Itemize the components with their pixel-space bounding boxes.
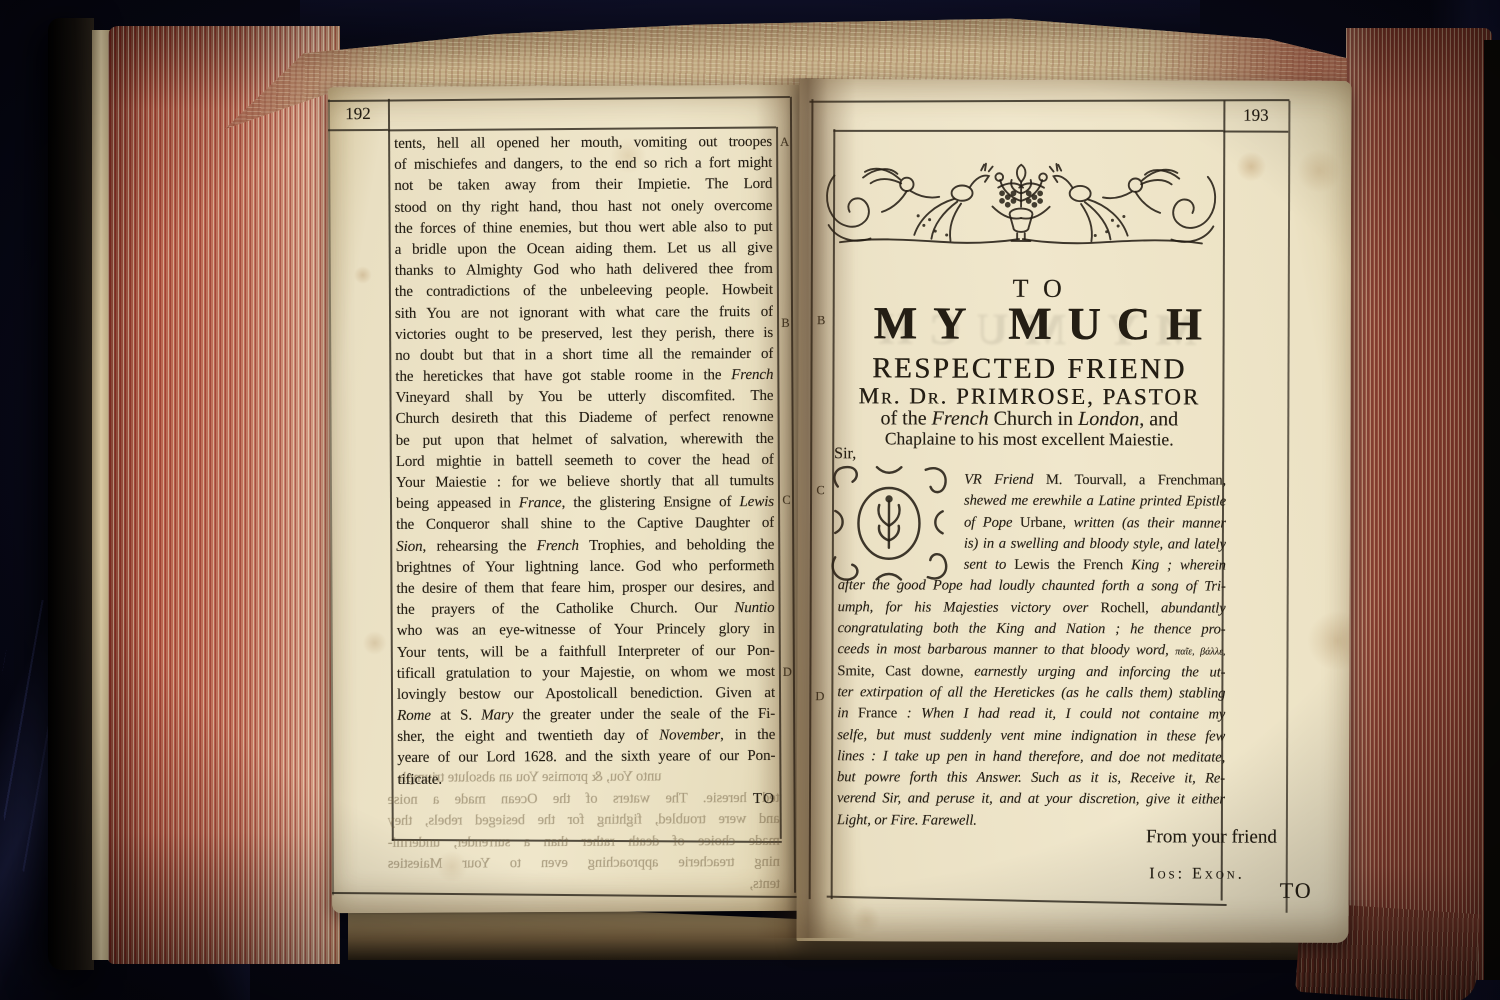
text-line: the heretickes that have got stable room… <box>395 365 773 388</box>
rule-top-outer <box>809 99 1289 102</box>
text-line: the forces of thine enemies, but thou we… <box>395 217 773 240</box>
right-page-body-text: VR Friend M. Tourvall, a Frenchman,shewe… <box>837 469 1226 832</box>
photograph-of-open-antique-book: 192 A B C D unto You, & promise You an a… <box>0 0 1500 1000</box>
text-line: tents, hell all opened her mouth, vomiti… <box>394 132 772 155</box>
text-line: Lord mightie in battell seemeth to cover… <box>396 450 774 473</box>
closing-line: From your friend <box>1146 826 1277 848</box>
page-number-left: 192 <box>328 104 388 124</box>
text-line: the prayers of the Catholike Church. Our… <box>397 598 775 621</box>
text-line: the contradictions of the unbeleeving pe… <box>395 280 773 303</box>
fore-edge-left-red <box>108 26 340 964</box>
margin-letter: D <box>812 689 827 704</box>
text-line: after the good Pope had loudly chaunted … <box>838 576 1226 599</box>
title-line-chaplaine: Chaplaine to his most excellent Maiestie… <box>834 428 1224 450</box>
rule-frame-left <box>388 99 393 841</box>
ghost-text-line: made choice of death rather than a surre… <box>388 830 780 854</box>
text-line: lines : I take up pen in hand therefore,… <box>837 746 1225 769</box>
text-line: sith You are not ignorant with what care… <box>395 301 773 324</box>
rule-frame-top <box>388 126 776 131</box>
text-line: a bridle upon the Ocean aiding them. Let… <box>395 238 773 261</box>
text-line: of Pope Urbane, written (as their manner <box>838 512 1226 535</box>
text-line: being appeased in France, the glistering… <box>396 492 774 515</box>
catchword-left: TO <box>398 791 776 810</box>
text-line: no doubt but that in a short time all th… <box>395 344 773 367</box>
rule-left-outer <box>809 99 813 899</box>
rule-pageno-box-bottom <box>328 129 388 131</box>
text-line: verend Sir, and peruse it, and at your d… <box>837 789 1225 812</box>
text-line: Rome at S. Mary the greater under the se… <box>397 704 775 727</box>
text-line: tificall gratulation to your Majestie, o… <box>397 662 775 685</box>
rule-frame-bottom <box>827 896 1227 907</box>
text-line: selfe, but must suddenly vent mine indig… <box>837 725 1225 748</box>
left-page: 192 A B C D unto You, & promise You an a… <box>328 85 804 913</box>
signature: Ios: Exon. <box>1149 865 1245 883</box>
text-line: congratulating both the King and Nation … <box>838 618 1226 641</box>
rule-frame-top <box>833 130 1223 132</box>
text-line: Your tents, will be a faithfull Interpre… <box>397 640 775 663</box>
text-line: brightnes of Your lightning lance. God w… <box>396 556 774 579</box>
text-line: Your Maiestie : for we believe shortly t… <box>396 471 774 494</box>
margin-letter: B <box>778 316 793 331</box>
text-line: who was an eye-witnesse of Your Princely… <box>397 619 775 642</box>
rule-right-outer <box>1286 101 1290 913</box>
title-line-respected: RESPECTED FRIEND <box>834 352 1224 386</box>
margin-letter: C <box>813 483 828 498</box>
text-line: is) in a swelling and bloody style, and … <box>838 533 1226 556</box>
text-line: in France : When I had read it, I could … <box>837 703 1225 726</box>
book-cover-right-board <box>1484 40 1500 980</box>
rule-frame-right <box>776 127 781 839</box>
text-line: be put upon that helmet of salvation, wh… <box>396 429 774 452</box>
margin-letter: A <box>777 135 792 150</box>
text-line: thanks to Almighty God who hath delivere… <box>395 259 773 282</box>
title-line-my-much: MY MUCH <box>835 296 1241 350</box>
text-line: lovingly bestow our Apostolicall benedic… <box>397 683 775 706</box>
text-line: not be taken away from their Impietie. T… <box>394 174 772 197</box>
margin-letter: B <box>814 313 829 328</box>
text-line: sher, the eight and twentieth day of Nov… <box>397 725 775 748</box>
margin-letter: D <box>780 665 795 680</box>
ghost-text-line: and were troubled, fighting for the besi… <box>388 809 780 833</box>
page-number-right: 193 <box>1223 106 1288 126</box>
text-line: victories ought to be preserved, lest th… <box>395 323 773 346</box>
text-line: the desire of them that feare him, prosp… <box>396 577 774 600</box>
headpiece-woodcut-ornament <box>821 157 1221 250</box>
text-line: Smite, Cast downe, earnestly urging and … <box>837 661 1225 684</box>
text-line: umph, for his Majesties victory over Roc… <box>838 597 1226 620</box>
text-line: shewed me erewhile a Latine printed Epis… <box>838 490 1226 513</box>
salutation: Sir, <box>834 445 856 463</box>
text-line: the Conqueror shall shine to the Captive… <box>396 513 774 536</box>
text-line: of mischiefes and dangers, to the end so… <box>394 153 772 176</box>
margin-letter: C <box>779 493 794 508</box>
text-line: Sion, rehearsing the French Trophies, an… <box>396 534 774 557</box>
catchword-right: TO <box>1280 878 1313 904</box>
right-page: 193 B C D <box>796 79 1351 943</box>
text-line: Church desireth that this Diademe of per… <box>396 407 774 430</box>
text-line: ter extirpation of all the Heretickes (a… <box>837 682 1225 705</box>
rule-top-outer <box>328 96 790 102</box>
text-line: Vineyard shall by You be utterly discomf… <box>395 386 773 409</box>
fore-edge-right-red <box>1346 28 1492 980</box>
text-line: stood on thy right hand, thou hast not o… <box>394 195 772 218</box>
ghost-text-line: ning treacherie approaching even to Your… <box>388 852 780 876</box>
text-line: VR Friend M. Tourvall, a Frenchman, <box>838 469 1226 492</box>
text-line: sent to Lewis the French King ; wherein <box>838 554 1226 577</box>
text-line: yeare of our Lord 1628. and the sixth ye… <box>397 746 775 769</box>
text-line: ceeds in most barbarous manner to that b… <box>837 640 1225 663</box>
left-page-body-text: tents, hell all opened her mouth, vomiti… <box>394 132 775 791</box>
text-line: but powre forth this Answer. Such as it … <box>837 767 1225 790</box>
book-cover-left-board <box>48 18 94 970</box>
rule-pageno-box-bottom <box>1223 131 1288 133</box>
text-line: tificate. <box>397 768 775 791</box>
ghost-text-line: tents, <box>388 873 780 897</box>
